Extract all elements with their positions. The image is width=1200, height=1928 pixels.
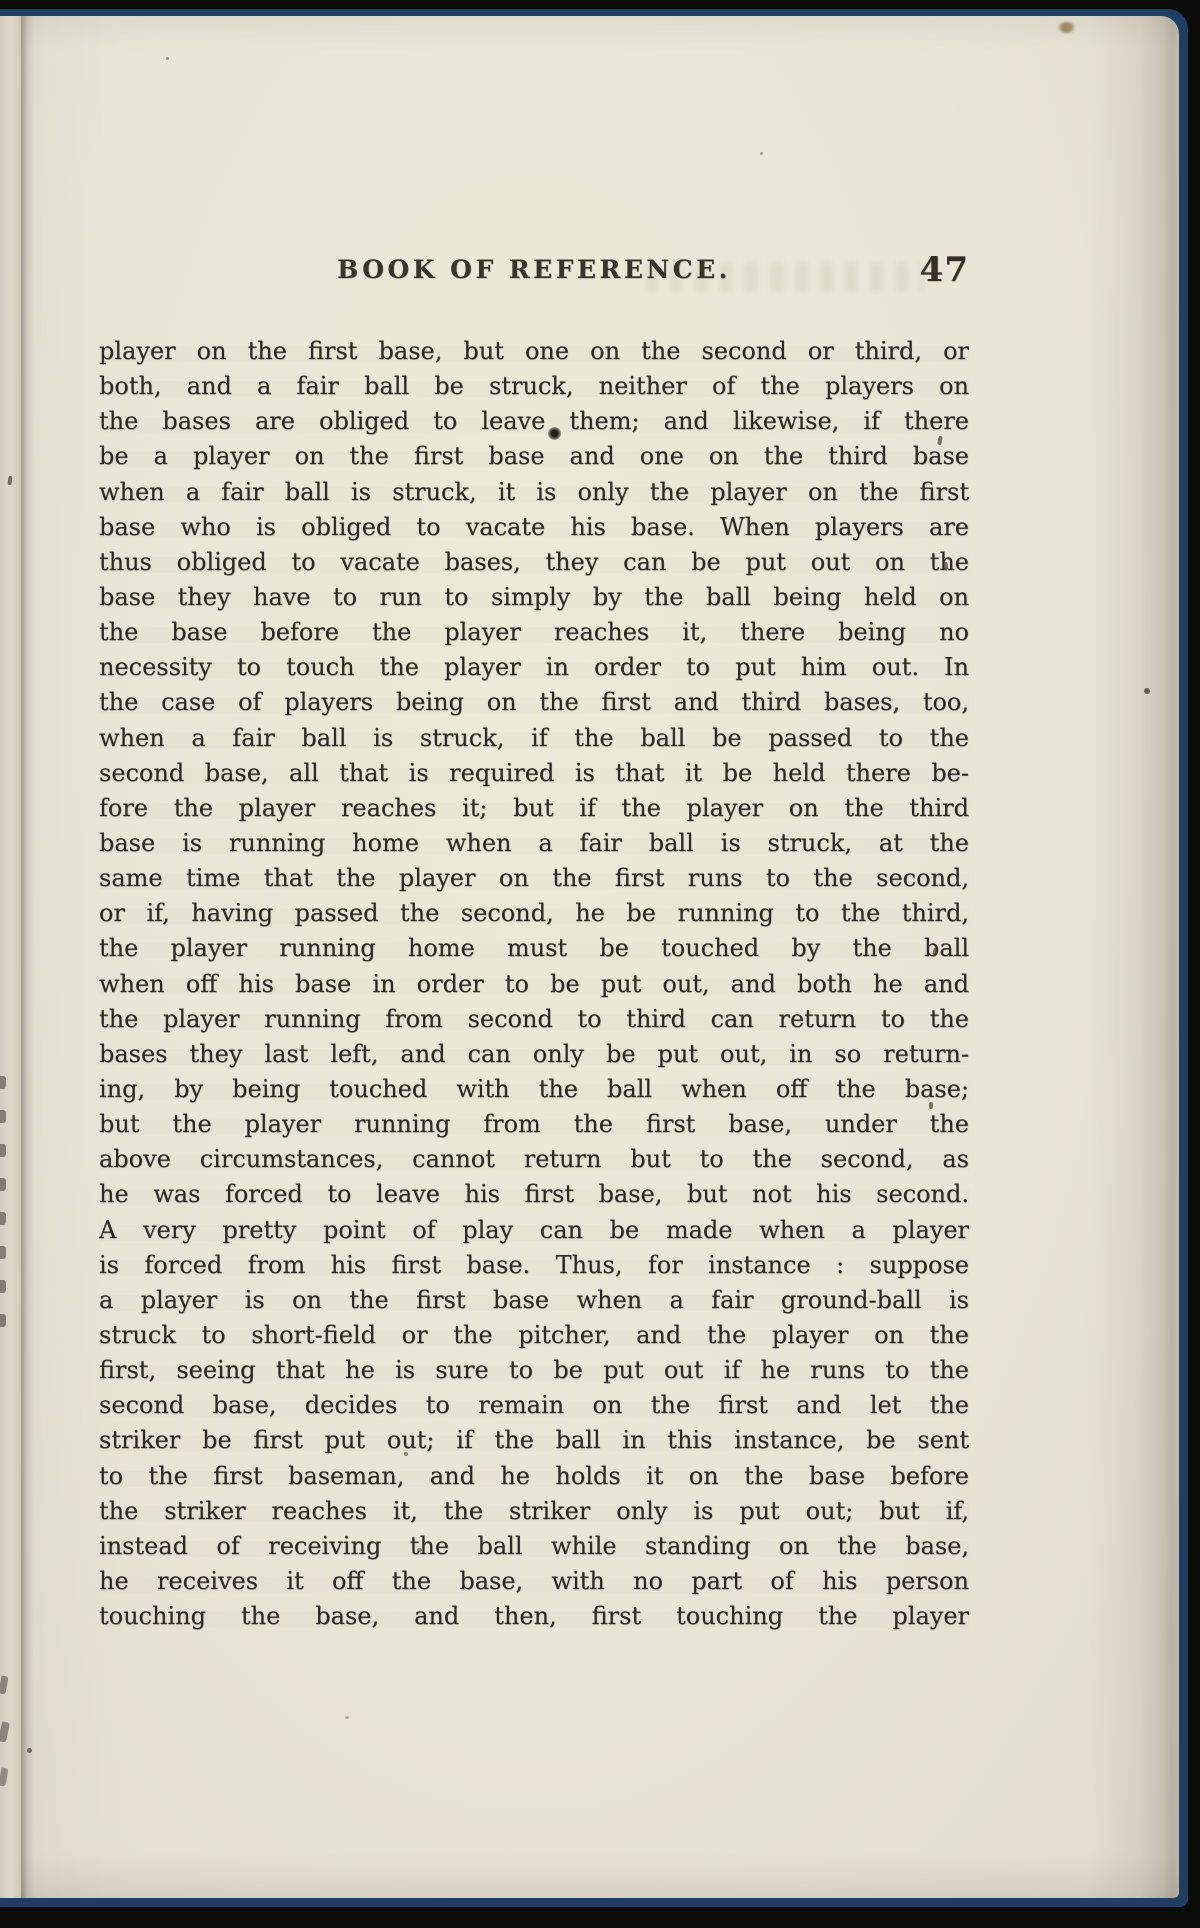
text-line: second base, all that is required is tha… xyxy=(99,756,969,791)
page-curvature-shade xyxy=(1089,16,1179,1898)
dust-speck xyxy=(760,152,763,155)
text-line: the striker reaches it, the striker only… xyxy=(99,1494,969,1529)
dust-speck xyxy=(166,57,169,60)
under-page-edge xyxy=(0,16,21,1898)
text-line: A very pretty point of play can be made … xyxy=(99,1213,969,1248)
text-line: is forced from his first base. Thus, for… xyxy=(99,1248,969,1283)
text-line: the bases are obliged to leave them; and… xyxy=(99,404,969,439)
text-line: both, and a fair ball be struck, neither… xyxy=(99,369,969,404)
text-line: base is running home when a fair ball is… xyxy=(99,826,969,861)
book-scan: BOOK OF REFERENCE. 47 player on the firs… xyxy=(0,0,1200,1928)
binding-crease xyxy=(21,16,34,1898)
text-line: striker be first put out; if the ball in… xyxy=(99,1423,969,1458)
text-line: the player running home must be touched … xyxy=(99,931,969,966)
text-line: be a player on the first base and one on… xyxy=(99,439,969,474)
text-line: base who is obliged to vacate his base. … xyxy=(99,510,969,545)
text-line: base they have to run to simply by the b… xyxy=(99,580,969,615)
dust-speck xyxy=(345,1716,349,1719)
dust-speck xyxy=(1144,688,1150,694)
text-line: he receives it off the base, with no par… xyxy=(99,1564,969,1599)
text-line: above circumstances, cannot return but t… xyxy=(99,1142,969,1177)
book-page: BOOK OF REFERENCE. 47 player on the firs… xyxy=(0,16,1179,1898)
text-line: the player running from second to third … xyxy=(99,1002,969,1037)
text-line: touching the base, and then, first touch… xyxy=(99,1599,969,1634)
text-line: bases they last left, and can only be pu… xyxy=(99,1037,969,1072)
text-line: same time that the player on the first r… xyxy=(99,861,969,896)
text-line: player on the first base, but one on the… xyxy=(99,334,969,369)
text-line: to the first baseman, and he holds it on… xyxy=(99,1459,969,1494)
text-line: when a fair ball is struck, if the ball … xyxy=(99,721,969,756)
text-line: or if, having passed the second, he be r… xyxy=(99,896,969,931)
stain-mark xyxy=(1058,22,1075,33)
text-line: struck to short-field or the pitcher, an… xyxy=(99,1318,969,1353)
text-line: but the player running from the first ba… xyxy=(99,1107,969,1142)
text-line: fore the player reaches it; but if the p… xyxy=(99,791,969,826)
text-line: thus obliged to vacate bases, they can b… xyxy=(99,545,969,580)
text-line: instead of receiving the ball while stan… xyxy=(99,1529,969,1564)
text-line: second base, decides to remain on the fi… xyxy=(99,1388,969,1423)
text-line: when off his base in order to be put out… xyxy=(99,967,969,1002)
text-line: necessity to touch the player in order t… xyxy=(99,650,969,685)
page-number: 47 xyxy=(99,253,969,287)
text-line: the base before the player reaches it, t… xyxy=(99,615,969,650)
text-line: ing, by being touched with the ball when… xyxy=(99,1072,969,1107)
text-line: first, seeing that he is sure to be put … xyxy=(99,1353,969,1388)
text-line: he was forced to leave his first base, b… xyxy=(99,1177,969,1212)
text-line: the case of players being on the first a… xyxy=(99,685,969,720)
text-line: a player is on the first base when a fai… xyxy=(99,1283,969,1318)
page-text: player on the first base, but one on the… xyxy=(99,334,969,1634)
text-line: when a fair ball is struck, it is only t… xyxy=(99,475,969,510)
